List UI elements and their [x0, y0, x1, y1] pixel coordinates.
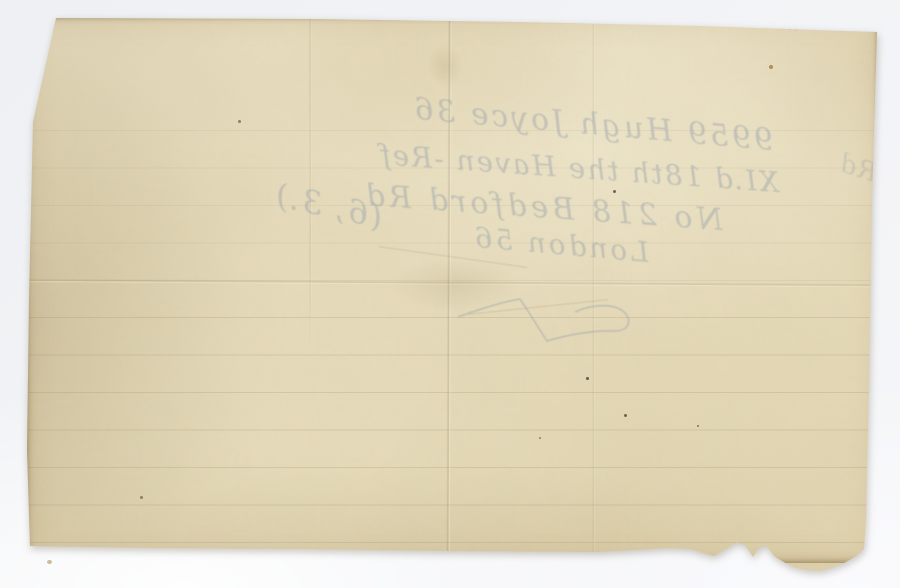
paper-wrapper: 9959 Hugh Joyce 36 XI.d 18th the Haven -… [0, 0, 900, 588]
scanned-paper: 9959 Hugh Joyce 36 XI.d 18th the Haven -… [0, 0, 900, 588]
paper-edge-vignette [26, 17, 878, 563]
scanner-background: 9959 Hugh Joyce 36 XI.d 18th the Haven -… [0, 0, 900, 588]
